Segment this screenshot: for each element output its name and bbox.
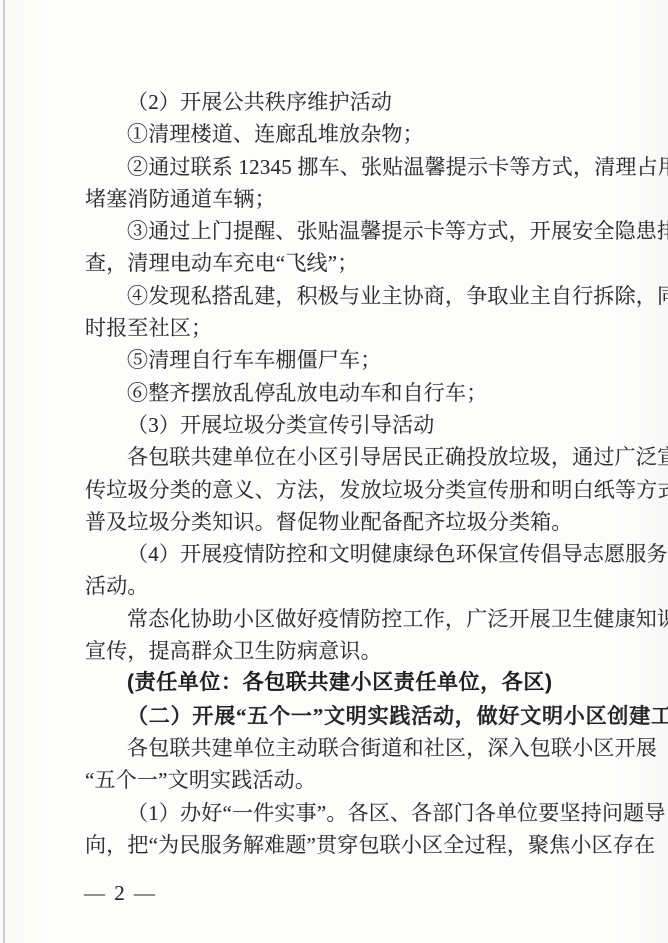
doc-line-item-2: ②通过联系 12345 挪车、张贴温馨提示卡等方式，清理占用、: [85, 151, 600, 183]
doc-line-heading-4: （4）开展疫情防控和文明健康绿色环保宣传倡导志愿服务: [85, 538, 600, 570]
document-page: （2）开展公共秩序维护活动 ①清理楼道、连廊乱堆放杂物； ②通过联系 12345…: [0, 0, 668, 943]
doc-line-heading-4-cont: 活动。: [85, 570, 600, 602]
doc-line-para-cont: 宣传，提高群众卫生防病意识。: [85, 635, 600, 667]
doc-line-item-4-cont: 时报至社区；: [85, 312, 600, 344]
doc-line-subitem-1: （1）办好“一件实事”。各区、各部门各单位要坚持问题导: [85, 797, 600, 829]
doc-line-para-cont: 传垃圾分类的意义、方法，发放垃圾分类宣传册和明白纸等方式，: [85, 474, 600, 506]
doc-line-para-cont: “五个一”文明实践活动。: [85, 764, 600, 796]
doc-line-item-2-cont: 堵塞消防通道车辆；: [85, 183, 600, 215]
doc-line-para: 各包联共建单位在小区引导居民正确投放垃圾，通过广泛宣: [85, 441, 600, 473]
doc-line-responsible-unit: (责任单位：各包联共建小区责任单位，各区): [85, 667, 600, 699]
doc-line-subitem-1-cont: 向，把“为民服务解难题”贯穿包联小区全过程，聚焦小区存在: [85, 829, 600, 861]
doc-line-item-5: ⑤清理自行车车棚僵尸车；: [85, 344, 600, 376]
doc-line-para: 常态化协助小区做好疫情防控工作，广泛开展卫生健康知识: [85, 603, 600, 635]
doc-line-item-6: ⑥整齐摆放乱停乱放电动车和自行车；: [85, 377, 600, 409]
doc-line-para: 各包联共建单位主动联合街道和社区，深入包联小区开展: [85, 732, 600, 764]
doc-line-item-3-cont: 查，清理电动车充电“飞线”；: [85, 247, 600, 279]
page-number: — 2 —: [84, 880, 157, 906]
doc-line-item-4: ④发现私搭乱建，积极与业主协商，争取业主自行拆除，同: [85, 280, 600, 312]
doc-line-item-1: ①清理楼道、连廊乱堆放杂物；: [85, 118, 600, 150]
page-edge-line: [3, 0, 5, 943]
document-body: （2）开展公共秩序维护活动 ①清理楼道、连廊乱堆放杂物； ②通过联系 12345…: [85, 86, 600, 861]
doc-line-para-cont: 普及垃圾分类知识。督促物业配备配齐垃圾分类箱。: [85, 506, 600, 538]
doc-line-heading-2: （2）开展公共秩序维护活动: [85, 86, 600, 118]
doc-line-heading-3: （3）开展垃圾分类宣传引导活动: [85, 409, 600, 441]
doc-line-item-3: ③通过上门提醒、张贴温馨提示卡等方式，开展安全隐患排: [85, 215, 600, 247]
doc-line-section-2-heading: （二）开展“五个一”文明实践活动，做好文明小区创建工作: [85, 700, 600, 732]
